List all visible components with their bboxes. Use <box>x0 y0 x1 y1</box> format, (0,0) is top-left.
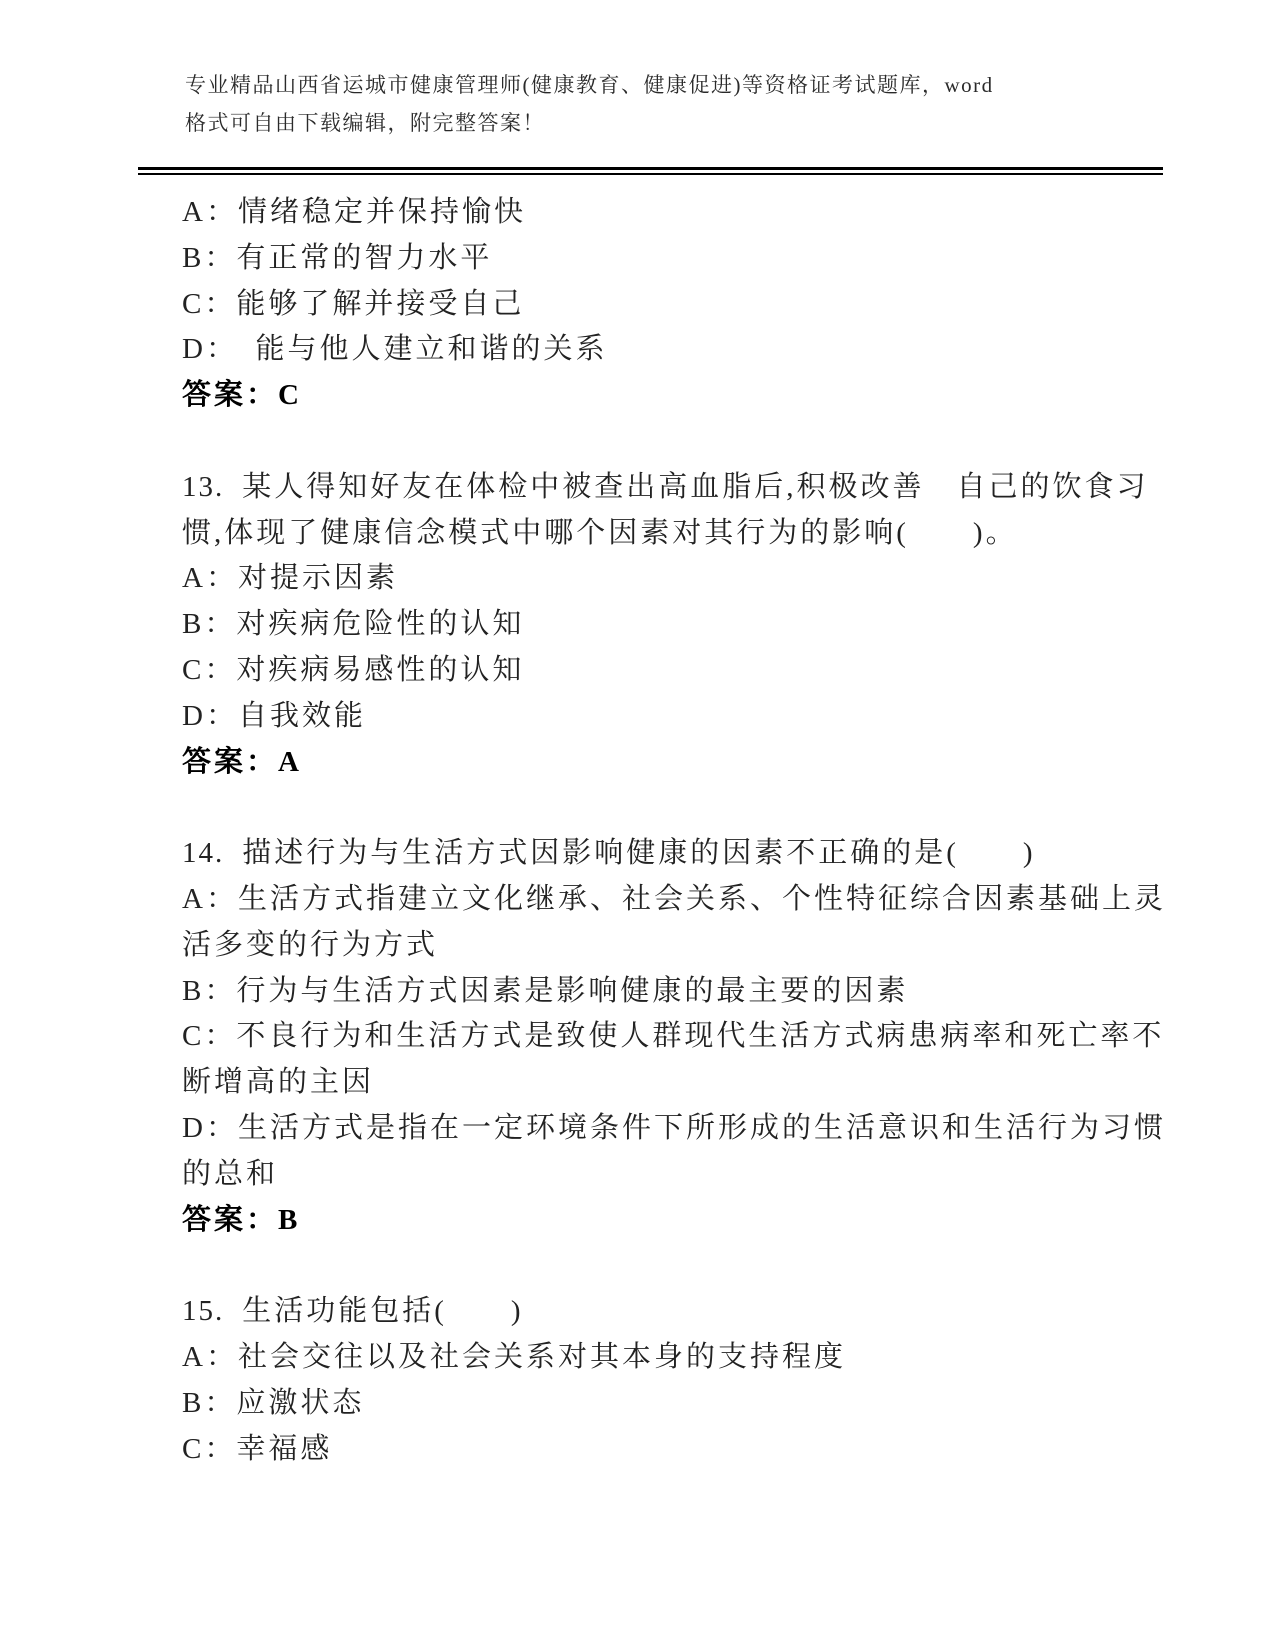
option-label: D： <box>182 333 223 365</box>
question-gap <box>182 1243 1182 1289</box>
option-label: A： <box>182 1341 238 1373</box>
option-text: 情绪稳定并保持愉快 <box>238 196 526 228</box>
option-line: 活多变的行为方式 <box>182 923 1182 969</box>
option-line: D：生活方式是指在一定环境条件下所形成的生活意识和生活行为习惯 <box>182 1106 1182 1152</box>
question-gap <box>182 419 1182 465</box>
option-text: 对疾病易感性的认知 <box>236 654 524 686</box>
answer-line: 答案：B <box>182 1198 1182 1244</box>
option-text: 对提示因素 <box>238 562 398 594</box>
answer-value: B <box>278 1204 300 1236</box>
option-line: C：幸福感 <box>182 1427 1182 1473</box>
option-line: A：情绪稳定并保持愉快 <box>182 190 1182 236</box>
document-page: 专业精品山西省运城市健康管理师(健康教育、健康促进)等资格证考试题库，word … <box>0 0 1275 1650</box>
answer-prefix: 答案： <box>182 1204 278 1236</box>
answer-value: A <box>278 746 302 778</box>
stem-text: 描述行为与生活方式因影响健康的因素不正确的是( ) <box>242 837 1035 869</box>
option-line: C：不良行为和生活方式是致使人群现代生活方式病患病率和死亡率不 <box>182 1014 1182 1060</box>
option-text: 的总和 <box>182 1158 278 1190</box>
option-line: C：能够了解并接受自己 <box>182 282 1182 328</box>
option-text: 活多变的行为方式 <box>182 929 438 961</box>
option-text: 幸福感 <box>236 1433 332 1465</box>
option-line: A：对提示因素 <box>182 556 1182 602</box>
question-number: 13. <box>182 471 224 503</box>
option-text: 社会交往以及社会关系对其本身的支持程度 <box>238 1341 846 1373</box>
answer-line: 答案：C <box>182 373 1182 419</box>
question-block: 15.生活功能包括( )A：社会交往以及社会关系对其本身的支持程度B：应激状态C… <box>182 1289 1182 1472</box>
answer-value: C <box>278 379 302 411</box>
option-text: 能够了解并接受自己 <box>236 288 524 320</box>
option-label: A： <box>182 196 238 228</box>
option-line: D： 能与他人建立和谐的关系 <box>182 327 1182 373</box>
answer-line: 答案：A <box>182 740 1182 786</box>
option-text: 不良行为和生活方式是致使人群现代生活方式病患病率和死亡率不 <box>236 1020 1164 1052</box>
header-line-1: 专业精品山西省运城市健康管理师(健康教育、健康促进)等资格证考试题库，word <box>185 66 1115 104</box>
option-label: B： <box>182 242 236 274</box>
option-text: 断增高的主因 <box>182 1066 374 1098</box>
option-text: 有正常的智力水平 <box>236 242 492 274</box>
option-label: C： <box>182 1020 236 1052</box>
option-label: A： <box>182 562 238 594</box>
question-number: 15. <box>182 1295 224 1327</box>
stem-text: 惯,体现了健康信念模式中哪个因素对其行为的影响( )。 <box>182 517 1018 549</box>
option-label: C： <box>182 1433 236 1465</box>
option-text: 生活方式指建立文化继承、社会关系、个性特征综合因素基础上灵 <box>238 883 1166 915</box>
stem-line: 惯,体现了健康信念模式中哪个因素对其行为的影响( )。 <box>182 511 1182 557</box>
option-label: C： <box>182 654 236 686</box>
option-line: 的总和 <box>182 1152 1182 1198</box>
option-line: A：生活方式指建立文化继承、社会关系、个性特征综合因素基础上灵 <box>182 877 1182 923</box>
option-line: B：对疾病危险性的认知 <box>182 602 1182 648</box>
stem-line: 14.描述行为与生活方式因影响健康的因素不正确的是( ) <box>182 831 1182 877</box>
option-text: 行为与生活方式因素是影响健康的最主要的因素 <box>236 975 908 1007</box>
header-divider <box>138 167 1163 175</box>
option-line: D：自我效能 <box>182 694 1182 740</box>
option-line: 断增高的主因 <box>182 1060 1182 1106</box>
option-line: B：应激状态 <box>182 1381 1182 1427</box>
header-line-2: 格式可自由下载编辑，附完整答案！ <box>185 104 1115 142</box>
question-block: 14.描述行为与生活方式因影响健康的因素不正确的是( )A：生活方式指建立文化继… <box>182 831 1182 1243</box>
question-number: 14. <box>182 837 224 869</box>
option-text: 对疾病危险性的认知 <box>236 608 524 640</box>
question-gap <box>182 785 1182 831</box>
option-text: 能与他人建立和谐的关系 <box>223 333 607 365</box>
option-label: D： <box>182 1112 238 1144</box>
option-label: C： <box>182 288 236 320</box>
option-label: A： <box>182 883 238 915</box>
option-label: B： <box>182 975 236 1007</box>
option-text: 生活方式是指在一定环境条件下所形成的生活意识和生活行为习惯 <box>238 1112 1166 1144</box>
option-text: 自我效能 <box>238 700 366 732</box>
option-line: B：行为与生活方式因素是影响健康的最主要的因素 <box>182 969 1182 1015</box>
option-label: B： <box>182 608 236 640</box>
stem-line: 15.生活功能包括( ) <box>182 1289 1182 1335</box>
option-label: D： <box>182 700 238 732</box>
stem-line: 13.某人得知好友在体检中被查出高血脂后,积极改善 自己的饮食习 <box>182 465 1182 511</box>
stem-text: 生活功能包括( ) <box>242 1295 523 1327</box>
option-line: B：有正常的智力水平 <box>182 236 1182 282</box>
question-block: A：情绪稳定并保持愉快B：有正常的智力水平C：能够了解并接受自己D： 能与他人建… <box>182 190 1182 419</box>
stem-text: 某人得知好友在体检中被查出高血脂后,积极改善 自己的饮食习 <box>242 471 1148 503</box>
answer-prefix: 答案： <box>182 379 278 411</box>
question-block: 13.某人得知好友在体检中被查出高血脂后,积极改善 自己的饮食习惯,体现了健康信… <box>182 465 1182 786</box>
option-line: A：社会交往以及社会关系对其本身的支持程度 <box>182 1335 1182 1381</box>
answer-prefix: 答案： <box>182 746 278 778</box>
option-label: B： <box>182 1387 236 1419</box>
document-header: 专业精品山西省运城市健康管理师(健康教育、健康促进)等资格证考试题库，word … <box>185 66 1115 142</box>
questions-content: A：情绪稳定并保持愉快B：有正常的智力水平C：能够了解并接受自己D： 能与他人建… <box>182 190 1182 1472</box>
option-line: C：对疾病易感性的认知 <box>182 648 1182 694</box>
option-text: 应激状态 <box>236 1387 364 1419</box>
